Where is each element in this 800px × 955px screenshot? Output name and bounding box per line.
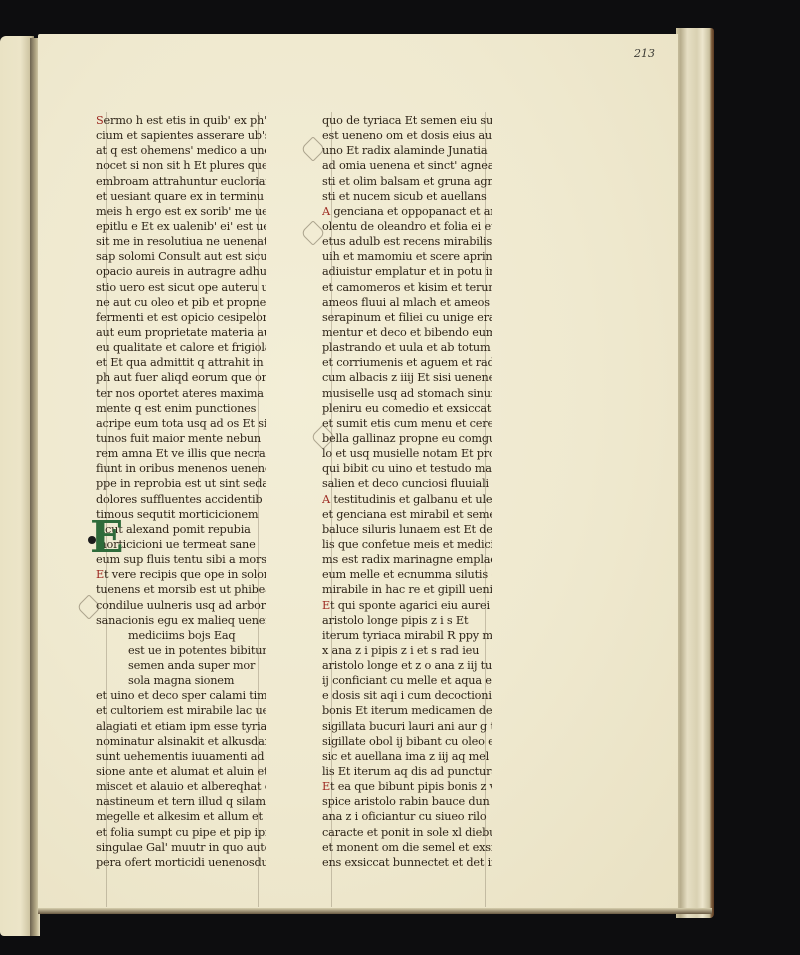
- text-line: sanacionis egu ex malieq uenem: [96, 613, 266, 628]
- text-line: x ana z i pipis z i et s rad ieu: [322, 643, 492, 658]
- text-line: aristolo longe pipis z i s Et: [322, 613, 492, 628]
- text-line: ph aut fuer aliqd eorum que ora: [96, 370, 266, 385]
- text-line: uih et mamomiu et scere aprin: [322, 249, 492, 264]
- text-line: miscet et alauio et albereqhat et: [96, 779, 266, 794]
- text-line: cum albacis z iiij Et sisi uenenes: [322, 370, 492, 385]
- text-line: aut eum proprietate materia aut: [96, 325, 266, 340]
- text-line: et uino et deco sper calami timi: [96, 688, 266, 703]
- text-line: rem amna Et ve illis que necra: [96, 446, 266, 461]
- text-line: mirabile in hac re et gipill ueniis: [322, 582, 492, 597]
- text-line: ter nos oportet ateres maxima: [96, 386, 266, 401]
- text-line: mediciims bojs Eaq: [96, 628, 266, 643]
- text-line: bella gallinaz propne eu comgul: [322, 431, 492, 446]
- text-line: est ue in potentes bibitum: [96, 643, 266, 658]
- text-line: tunos fuit maior mente nebun: [96, 431, 266, 446]
- text-line: cium et sapientes asserare ub'sci: [96, 128, 266, 143]
- text-line: ad omia uenena et sinct' agnea: [322, 158, 492, 173]
- text-line: stio uero est sicut ope auteru ug: [96, 280, 266, 295]
- text-line: est ueneno om et dosis eius aurei: [322, 128, 492, 143]
- text-line: pleniru eu comedio et exsiccat: [322, 401, 492, 416]
- text-line: sione ante et alumat et aluin et sic: [96, 764, 266, 779]
- text-line: et camomeros et kisim et terum: [322, 280, 492, 295]
- text-line: mentur et deco et bibendo eum: [322, 325, 492, 340]
- text-line: eum melle et ecnumma silutis est: [322, 567, 492, 582]
- text-line: alagiati et etiam ipm esse tyriaca: [96, 719, 266, 734]
- text-line: sit me in resolutiua ne uenenat ab: [96, 234, 266, 249]
- text-line: ens exsiccat bunnectet et det in po: [322, 855, 492, 870]
- folio-number: 213: [634, 47, 655, 60]
- text-line: sti et nucem sicub et auellans: [322, 189, 492, 204]
- text-line: bonis Et iterum medicamen de terra: [322, 703, 492, 718]
- text-line: nominatur alsinakit et alkusdama: [96, 734, 266, 749]
- text-line: et uesiant quare ex in terminu qe: [96, 189, 266, 204]
- text-line: salien et deco cunciosi fluuiali: [322, 476, 492, 491]
- text-line: spice aristolo rabin bauce dun: [322, 794, 492, 809]
- text-line: lo et usq musielle notam Et promo: [322, 446, 492, 461]
- text-line: sunt uehementis iuuamenti ad mor: [96, 749, 266, 764]
- text-line: A testitudinis et galbanu et ulem: [322, 492, 492, 507]
- text-line: aristolo longe et z o ana z iij tum z: [322, 658, 492, 673]
- text-line: et Et qua admittit q attrahit in: [96, 355, 266, 370]
- text-line: ameos fluui al mlach et ameos: [322, 295, 492, 310]
- text-line: sti et olim balsam et gruna agnea: [322, 174, 492, 189]
- text-line: Et ea que bibunt pipis bonis z v: [322, 779, 492, 794]
- text-line: iterum tyriaca mirabil R ppy mi: [322, 628, 492, 643]
- text-line: fermenti et est opicio cesipelorum: [96, 310, 266, 325]
- text-line: at q est ohemens' medico a uno: [96, 143, 266, 158]
- text-line: e dosis sit aqi i cum decoctionib: [322, 688, 492, 703]
- left-text-column: Sermo h est etis in quib' ex ph'cium et …: [96, 113, 266, 870]
- text-line: olentu de oleandro et folia ei et su: [322, 219, 492, 234]
- text-line: dolores suffluentes accidentib: [96, 492, 266, 507]
- text-line: etus adulb est recens mirabilis: [322, 234, 492, 249]
- text-line: ms est radix marinagne emplac: [322, 552, 492, 567]
- text-line: baluce siluris lunaem est Et deil: [322, 522, 492, 537]
- text-line: lis que confetue meis et medici: [322, 537, 492, 552]
- text-line: singulae Gal' muutr in quo autor in: [96, 840, 266, 855]
- decorated-initial: E: [90, 516, 124, 560]
- text-line: nocet si non sit h Et plures quem: [96, 158, 266, 173]
- text-line: pera ofert morticidi uenenosdu: [96, 855, 266, 870]
- text-line: sigillata bucuri lauri ani aur g tie: [322, 719, 492, 734]
- page-bottom-edge: [38, 908, 712, 914]
- text-line: uno Et radix alaminde Junatia: [322, 143, 492, 158]
- text-line: sola magna sionem: [96, 673, 266, 688]
- text-line: epitlu e Et ex ualenib' ei' est uer: [96, 219, 266, 234]
- text-line: Sermo h est etis in quib' ex ph': [96, 113, 266, 128]
- text-line: meis h ergo est ex sorib' me ue: [96, 204, 266, 219]
- text-line: sap solomi Consult aut est sicut: [96, 249, 266, 264]
- text-line: eu qualitate et calore et frigiola: [96, 340, 266, 355]
- text-line: et genciana est mirabil et seme: [322, 507, 492, 522]
- text-line: Et qui sponte agarici eiu aurei: [322, 598, 492, 613]
- text-line: musiselle usq ad stomach sinum in: [322, 386, 492, 401]
- text-line: plastrando et uula et ab totum: [322, 340, 492, 355]
- text-line: quo de tyriaca Et semen eiu sum: [322, 113, 492, 128]
- text-line: et monent om die semel et exsic: [322, 840, 492, 855]
- text-line: tuenens et morsib est ut phibea: [96, 582, 266, 597]
- text-line: adiuistur emplatur et in potu in urin: [322, 264, 492, 279]
- text-line: ij conficiant cu melle et aqua et uce: [322, 673, 492, 688]
- text-line: semen anda super mor: [96, 658, 266, 673]
- text-line: lis Et iterum aq dis ad punctura: [322, 764, 492, 779]
- text-line: qui bibit cu uino et testudo mag: [322, 461, 492, 476]
- text-line: ppe in reprobia est ut sint seda: [96, 476, 266, 491]
- text-line: megelle et alkesim et allum et corticies: [96, 809, 266, 824]
- text-line: Et vere recipis que ope in solone: [96, 567, 266, 582]
- text-line: acripe eum tota usq ad os Et si: [96, 416, 266, 431]
- left-page-edge: [0, 36, 34, 936]
- text-line: ana z i oficiantur cu siueo rilo: [322, 809, 492, 824]
- text-line: embroam attrahuntur eucloriang: [96, 174, 266, 189]
- text-line: sigillate obol ij bibant cu oleo et: [322, 734, 492, 749]
- text-line: condilue uulneris usq ad arborat: [96, 598, 266, 613]
- text-line: et corriumenis et aguem et rada: [322, 355, 492, 370]
- text-line: serapinum et filiei cu unige erala: [322, 310, 492, 325]
- text-line: nastineum et tern illud q silam: [96, 794, 266, 809]
- text-line: A genciana et oppopanact et aristo: [322, 204, 492, 219]
- text-line: opacio aureis in autragre adhu: [96, 264, 266, 279]
- page-stack-edges: [676, 28, 714, 918]
- text-line: et cultoriem est mirabile lac uero: [96, 703, 266, 718]
- text-line: sic et auellana ima z iij aq mel: [322, 749, 492, 764]
- text-line: et folia sumpt cu pipe et pip ipm: [96, 825, 266, 840]
- text-line: et sumit etis cum menu et cere: [322, 416, 492, 431]
- text-line: caracte et ponit in sole xl diebus: [322, 825, 492, 840]
- text-line: mente q est enim punctiones: [96, 401, 266, 416]
- text-line: ne aut cu oleo et pib et propne olo: [96, 295, 266, 310]
- text-line: fiunt in oribus menenos uenenos: [96, 461, 266, 476]
- right-text-column: quo de tyriaca Et semen eiu sumest uenen…: [322, 113, 492, 870]
